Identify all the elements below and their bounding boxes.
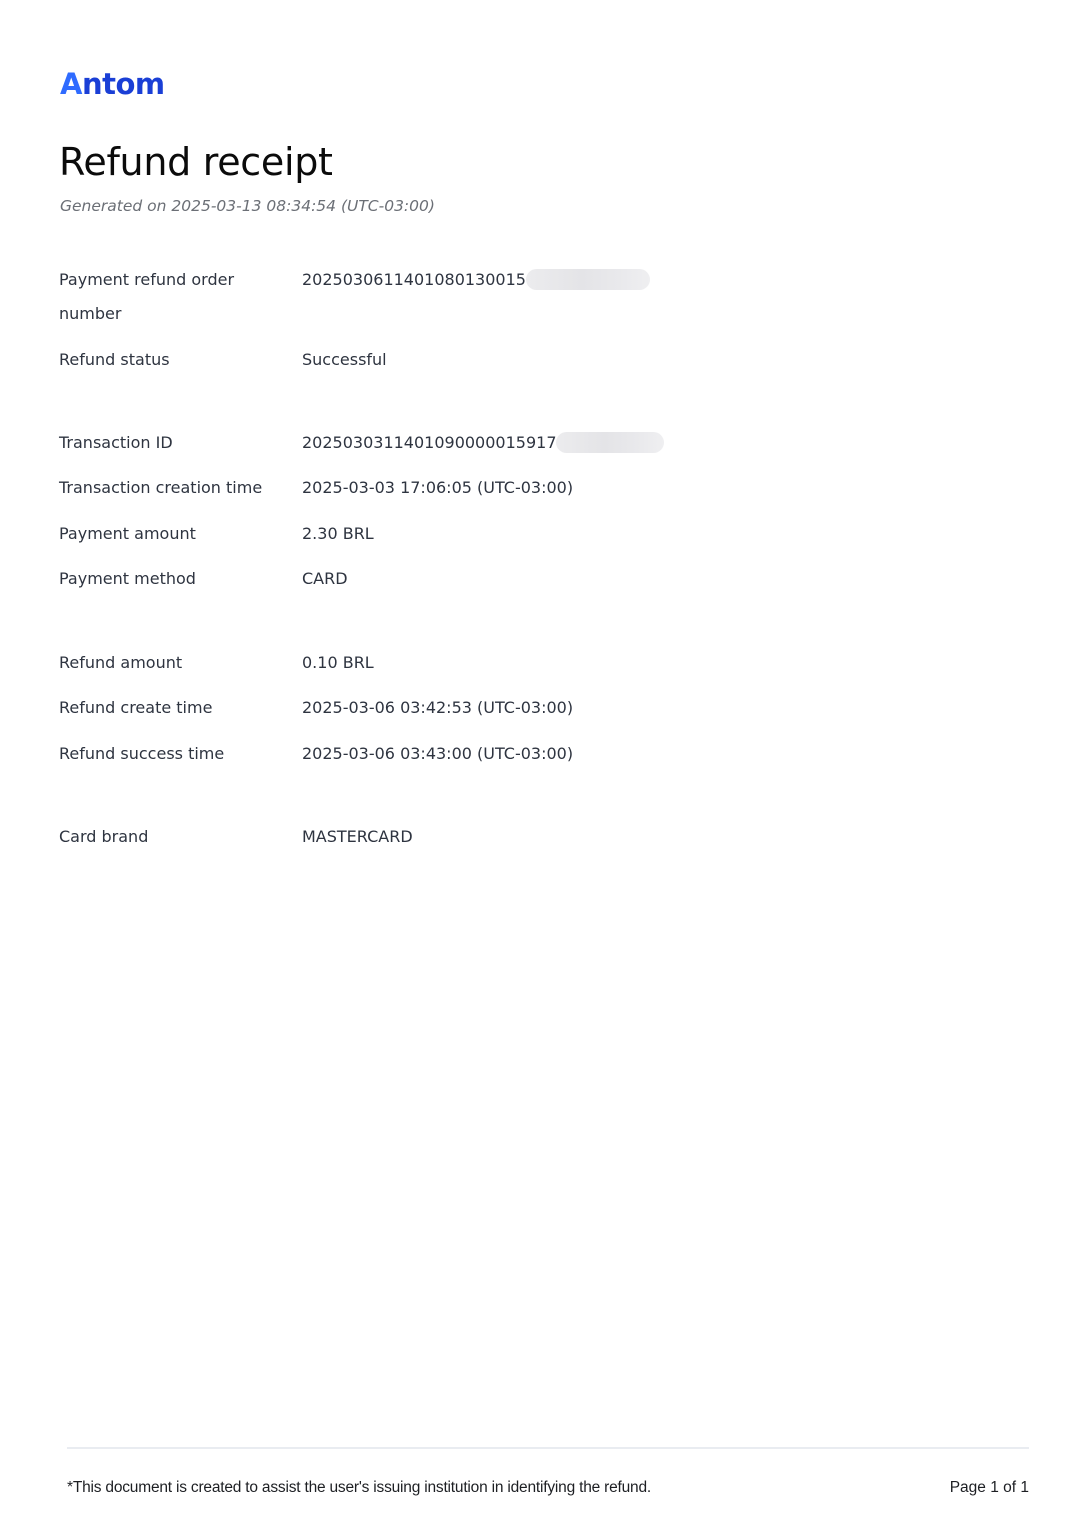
label-refund-success-time: Refund success time — [59, 737, 279, 771]
value-refund-success-time: 2025-03-06 03:43:00 (UTC-03:00) — [302, 737, 573, 771]
value-transaction-id: 2025030311401090000015917 — [302, 426, 664, 460]
label-refund-order-number: Payment refund order number — [59, 263, 259, 331]
label-payment-method: Payment method — [59, 562, 279, 596]
footer-divider — [67, 1447, 1029, 1449]
transaction-id-text: 2025030311401090000015917 — [302, 433, 557, 452]
refund-order-number-text: 2025030611401080130015 — [302, 270, 526, 289]
value-refund-create-time: 2025-03-06 03:42:53 (UTC-03:00) — [302, 691, 573, 725]
label-refund-create-time: Refund create time — [59, 691, 279, 725]
redaction-mask — [526, 269, 650, 290]
label-refund-status: Refund status — [59, 343, 279, 377]
label-card-brand: Card brand — [59, 820, 279, 854]
logo-rest: ntom — [82, 67, 165, 101]
value-refund-order-number: 2025030611401080130015 — [302, 263, 650, 297]
label-refund-amount: Refund amount — [59, 646, 279, 680]
logo-initial: A — [60, 67, 82, 101]
value-payment-amount: 2.30 BRL — [302, 517, 374, 551]
value-refund-amount: 0.10 BRL — [302, 646, 374, 680]
redaction-mask — [556, 432, 664, 453]
label-transaction-creation-time: Transaction creation time — [59, 471, 279, 505]
value-card-brand: MASTERCARD — [302, 820, 413, 854]
value-refund-status: Successful — [302, 343, 387, 377]
antom-logo: Antom — [60, 68, 165, 100]
footer-disclaimer: *This document is created to assist the … — [67, 1479, 651, 1497]
generated-timestamp: Generated on 2025-03-13 08:34:54 (UTC-03… — [60, 196, 435, 216]
page-title: Refund receipt — [59, 138, 333, 186]
value-payment-method: CARD — [302, 562, 348, 596]
label-payment-amount: Payment amount — [59, 517, 279, 551]
value-transaction-creation-time: 2025-03-03 17:06:05 (UTC-03:00) — [302, 471, 573, 505]
page-number: Page 1 of 1 — [950, 1479, 1029, 1497]
label-transaction-id: Transaction ID — [59, 426, 279, 460]
